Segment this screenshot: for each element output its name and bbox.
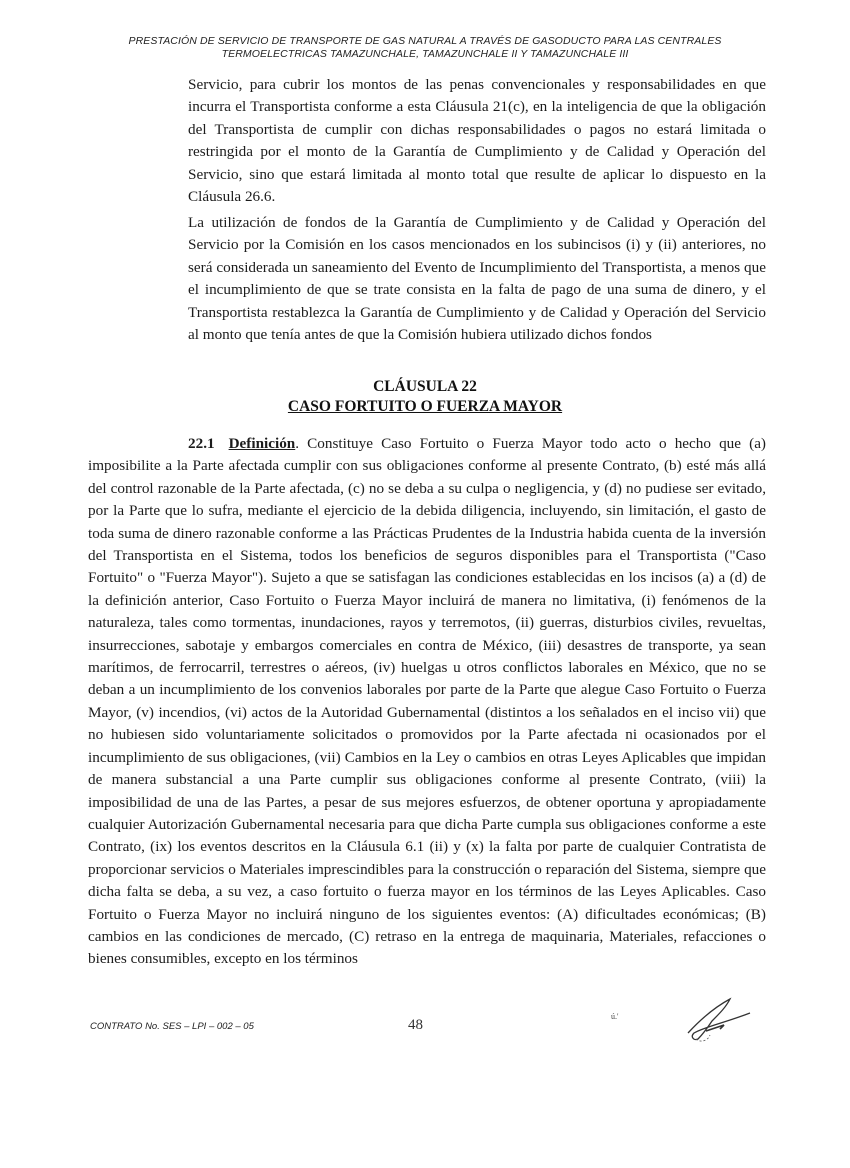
contract-number: CONTRATO No. SES – LPI – 002 – 05 <box>90 1021 254 1032</box>
clause-heading: CLÁUSULA 22 CASO FORTUITO O FUERZA MAYOR <box>0 377 850 417</box>
section-body: . Constituye Caso Fortuito o Fuerza Mayo… <box>88 435 766 967</box>
page-number: 48 <box>408 1017 423 1034</box>
header-line-2: TERMOELECTRICAS TAMAZUNCHALE, TAMAZUNCHA… <box>60 48 790 61</box>
header-line-1: PRESTACIÓN DE SERVICIO DE TRANSPORTE DE … <box>60 35 790 48</box>
paragraph-funds-usage: La utilización de fondos de la Garantía … <box>188 212 766 346</box>
initials-mark: ú.' <box>611 1012 618 1021</box>
paragraph-continuation: Servicio, para cubrir los montos de las … <box>188 74 766 208</box>
clause-label: CLÁUSULA 22 <box>0 377 850 397</box>
signature-icon <box>680 995 755 1045</box>
page-header: PRESTACIÓN DE SERVICIO DE TRANSPORTE DE … <box>60 35 790 61</box>
clause-title: CASO FORTUITO O FUERZA MAYOR <box>288 397 562 417</box>
section-number: 22.1 <box>188 435 215 452</box>
section-title: Definición <box>229 435 296 452</box>
section-22-1: 22.1Definición. Constituye Caso Fortuito… <box>88 433 766 971</box>
